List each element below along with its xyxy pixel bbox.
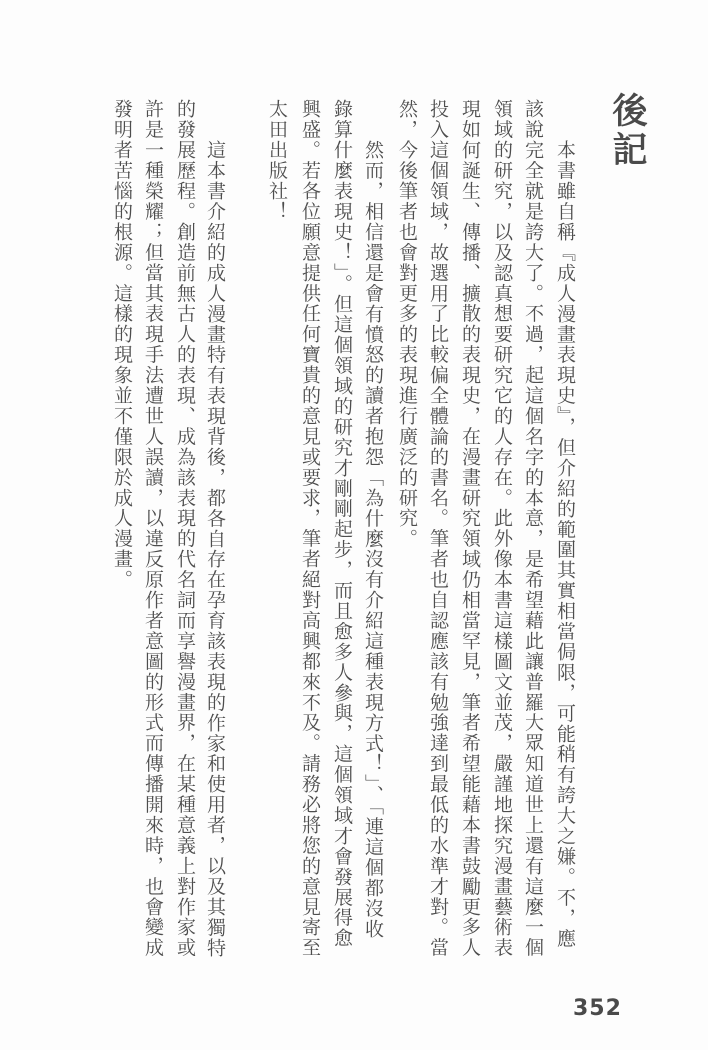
text-column: 錄算什麼表現史！」。但這個領域的研究才剛剛起步，而且愈多人參與，這個領域才會發展… [330,99,354,948]
text-column: 然而，相信還是會有憤怒的讀者抱怨「為什麼沒有介紹這種表現方式！」、「連這個都沒收 [361,140,385,939]
text-column: 發明者苦惱的根源。這樣的現象並不僅限於成人漫畫。 [110,99,134,590]
text-column: 然，今後筆者也會對更多的表現進行廣泛的研究。 [395,99,419,549]
text-column: 本書雖自稱『成人漫畫表現史』，但介紹的範圍其實相當侷限，可能稍有誇大之嫌。不，應 [553,140,577,949]
text-column: 許是一種榮耀；但當其表現手法遭世人誤讀，以違反原作者意圖的形式而傳播開來時，也會… [141,99,165,958]
text-column: 領域的研究，以及認真想要研究它的人存在。此外像本書這樣圖文並茂，嚴謹地探究漫畫藝… [490,99,514,958]
text-column: 該說完全就是誇大了。不過，起這個名字的本意，是希望藉此讓普羅大眾知道世上還有這麼… [521,99,545,958]
page-number: 352 [573,996,622,1021]
text-column: 太田出版社！ [265,99,289,222]
book-page: 後記 本書雖自稱『成人漫畫表現史』，但介紹的範圍其實相當侷限，可能稍有誇大之嫌。… [0,0,708,1050]
page-title: 後記 [607,92,647,170]
text-column: 投入這個領域，故選用了比較偏全體論的書名。筆者也自認應該有勉強達到最低的水準才對… [426,99,450,958]
text-column: 的發展歷程。創造前無古人的表現、成為該表現的代名詞而享譽漫畫界，在某種意義上對作… [173,99,197,958]
text-column: 興盛。若各位願意提供任何寶貴的意見或要求，筆者絕對高興都來不及。請務必將您的意見… [298,99,322,958]
text-column: 現如何誕生、傳播、擴散的表現史，在漫畫研究領域仍相當罕見，筆者希望能藉本書鼓勵更… [458,99,482,958]
text-column: 這本書介紹的成人漫畫特有表現背後，都各自存在孕育該表現的作家和使用者，以及其獨特 [203,140,227,958]
